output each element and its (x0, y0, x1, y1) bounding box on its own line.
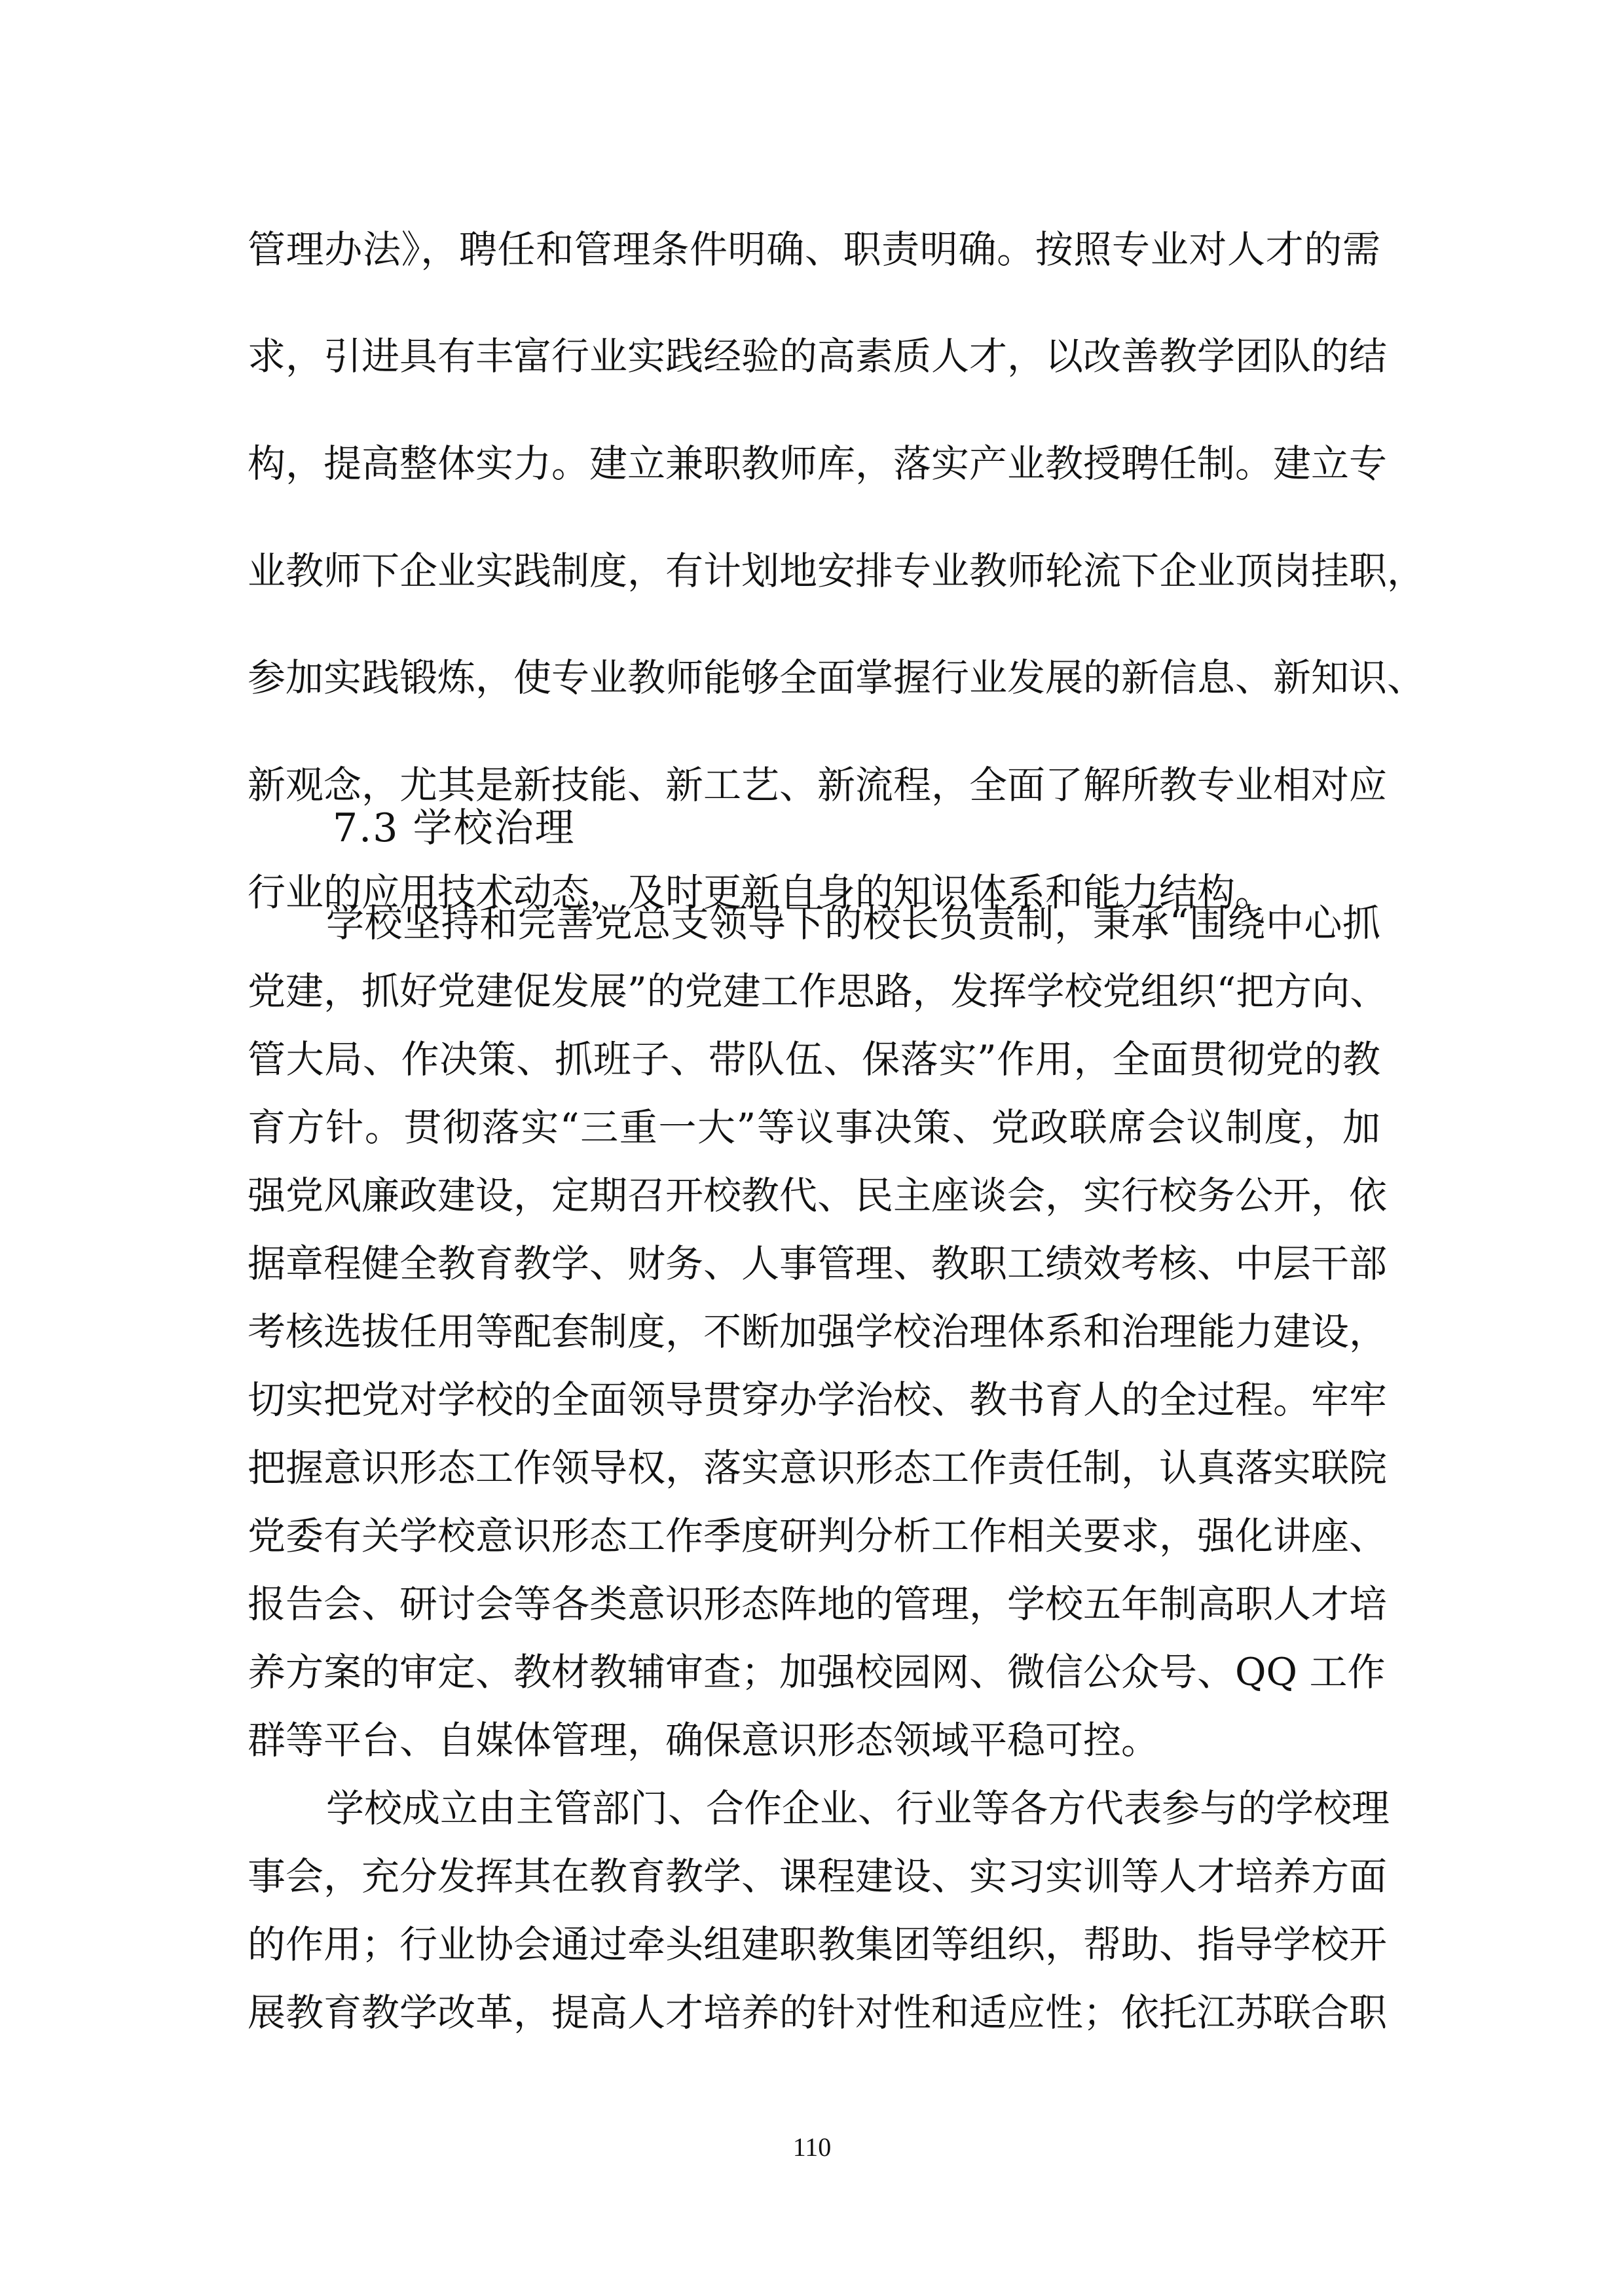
text-line: 展教育教学改革，提高人才培养的针对性和适应性；依托江苏联合职 (248, 1983, 1380, 2042)
document-page: 管理办法》，聘任和管理条件明确、职责明确。按照专业对人才的需 求，引进具有丰富行… (0, 0, 1624, 2296)
text-line: 党委有关学校意识形态工作季度研判分析工作相关要求，强化讲座、 (248, 1506, 1380, 1565)
text-line: 业教师下企业实践制度，有计划地安排专业教师轮流下企业顶岗挂职， (248, 541, 1380, 600)
text-line: 管大局、作决策、抓班子、带队伍、保落实”作用，全面贯彻党的教 (248, 1030, 1380, 1089)
text-line: 的作用；行业协会通过牵头组建职教集团等组织，帮助、指导学校开 (248, 1915, 1380, 1974)
text-line: 群等平台、自媒体管理，确保意识形态领域平稳可控。 (248, 1711, 1380, 1770)
text-line: 构，提高整体实力。建立兼职教师库，落实产业教授聘任制。建立专 (248, 434, 1380, 493)
text-line: 把握意识形态工作领导权，落实意识形态工作责任制，认真落实联院 (248, 1438, 1380, 1497)
text-line: 管理办法》，聘任和管理条件明确、职责明确。按照专业对人才的需 (248, 220, 1380, 279)
text-line: 切实把党对学校的全面领导贯穿办学治校、教书育人的全过程。牢牢 (248, 1370, 1380, 1429)
text-line: 学校坚持和完善党总支领导下的校长负责制，秉承“围绕中心抓 (326, 894, 1380, 953)
text-line: 育方针。贯彻落实“三重一大”等议事决策、党政联席会议制度，加 (248, 1098, 1380, 1157)
text-line: 强党风廉政建设，定期召开校教代、民主座谈会，实行校务公开，依 (248, 1166, 1380, 1225)
text-line: 事会，充分发挥其在教育教学、课程建设、实习实训等人才培养方面 (248, 1847, 1380, 1906)
text-line: 求，引进具有丰富行业实践经验的高素质人才，以改善教学团队的结 (248, 327, 1380, 386)
text-line: 养方案的审定、教材教辅审查；加强校园网、微信公众号、QQ 工作 (248, 1643, 1380, 1702)
text-line: 党建，抓好党建促发展”的党建工作思路，发挥学校党组织“把方向、 (248, 962, 1380, 1021)
section-heading: 7.3 学校治理 (333, 799, 576, 858)
text-line: 考核选拔任用等配套制度，不断加强学校治理体系和治理能力建设， (248, 1302, 1380, 1361)
page-number: 110 (0, 2131, 1624, 2164)
text-line: 学校成立由主管部门、合作企业、行业等各方代表参与的学校理 (326, 1779, 1380, 1838)
text-line: 据章程健全教育教学、财务、人事管理、教职工绩效考核、中层干部 (248, 1234, 1380, 1293)
text-line: 参加实践锻炼，使专业教师能够全面掌握行业发展的新信息、新知识、 (248, 648, 1380, 707)
text-line: 报告会、研讨会等各类意识形态阵地的管理，学校五年制高职人才培 (248, 1575, 1380, 1633)
